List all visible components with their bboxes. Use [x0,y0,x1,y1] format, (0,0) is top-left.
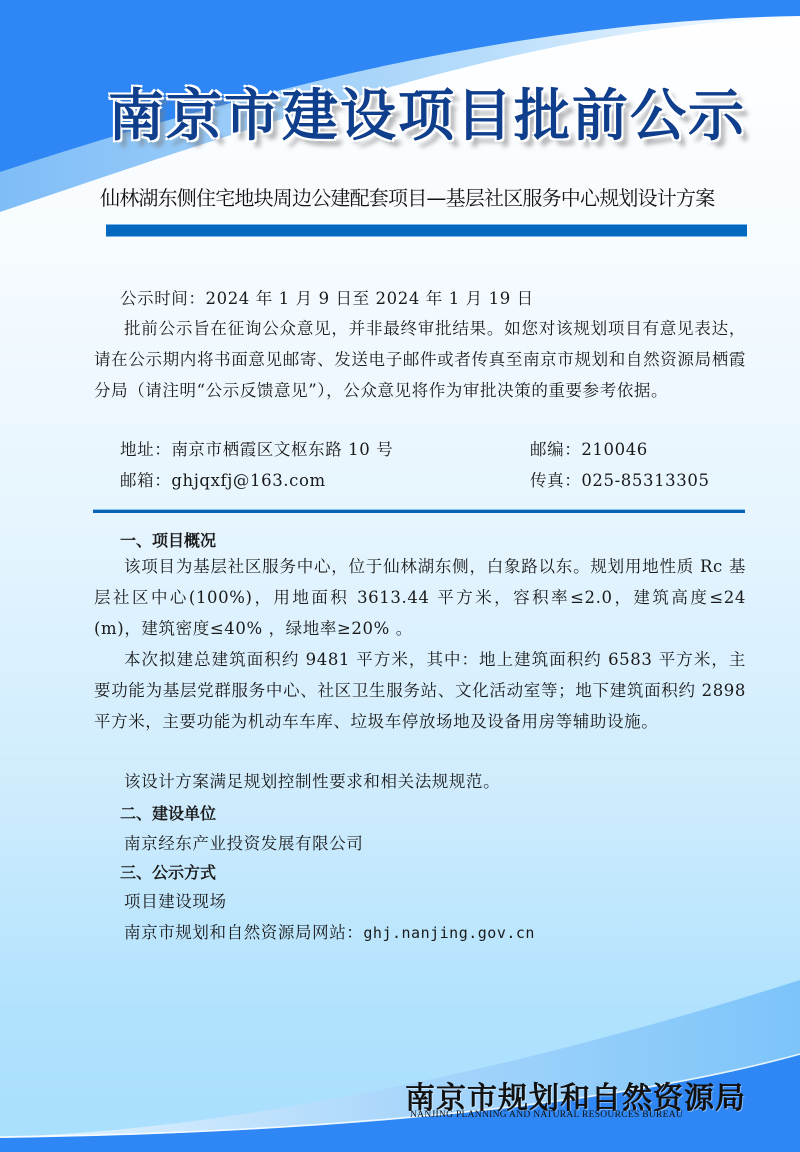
email-row: 邮箱：ghjqxfj@163.com [120,467,326,491]
address-label: 地址： [120,440,171,459]
postcode-label: 邮编： [530,440,581,459]
page-title: 南京市建设项目批前公示 [108,72,746,152]
section-heading-developer: 二、建设单位 [120,801,216,824]
address-value: 南京市栖霞区文枢东路 10 号 [171,440,393,459]
notice-period: 公示时间：2024 年 1 月 9 日至 2024 年 1 月 19 日 [120,285,534,309]
email-label: 邮箱： [120,471,171,490]
fax-value: 025-85313305 [581,471,709,490]
method-onsite: 项目建设现场 [124,888,227,912]
email-value[interactable]: ghjqxfj@163.com [171,471,325,490]
notice-intro: 批前公示旨在征询公众意见，并非最终审批结果。如您对该规划项目有意见表达，请在公示… [94,313,746,406]
project-subtitle: 仙林湖东侧住宅地块周边公建配套项目—基层社区服务中心规划设计方案 [100,182,714,211]
title-underline-bar [106,224,747,237]
developer-name: 南京经东产业投资发展有限公司 [124,830,363,854]
postcode-row: 邮编：210046 [530,436,648,460]
postcode-value: 210046 [581,440,648,459]
overview-paragraph-2: 本次拟建总建筑面积约 9481 平方米，其中：地上建筑面积约 6583 平方米，… [94,644,746,737]
website-label: 南京市规划和自然资源局网站： [124,923,363,942]
notice-document: 南京市建设项目批前公示 仙林湖东侧住宅地块周边公建配套项目—基层社区服务中心规划… [0,0,800,1152]
footer-org-name-en: NANJING PLANNING AND NATURAL RESOURCES B… [410,1110,683,1120]
overview-paragraph-3: 该设计方案满足规划控制性要求和相关法规规范。 [124,768,500,792]
fax-label: 传真： [530,471,581,490]
method-website-row: 南京市规划和自然资源局网站：ghj.nanjing.gov.cn [124,919,535,943]
section-heading-method: 三、公示方式 [120,860,216,883]
address-row: 地址：南京市栖霞区文枢东路 10 号 [120,436,393,460]
website-link[interactable]: ghj.nanjing.gov.cn [363,924,535,942]
section-divider [93,509,745,513]
fax-row: 传真：025-85313305 [530,467,710,491]
overview-paragraph-1: 该项目为基层社区服务中心，位于仙林湖东侧，白象路以东。规划用地性质 Rc 基层社… [94,551,746,644]
section-heading-overview: 一、项目概况 [120,528,216,551]
